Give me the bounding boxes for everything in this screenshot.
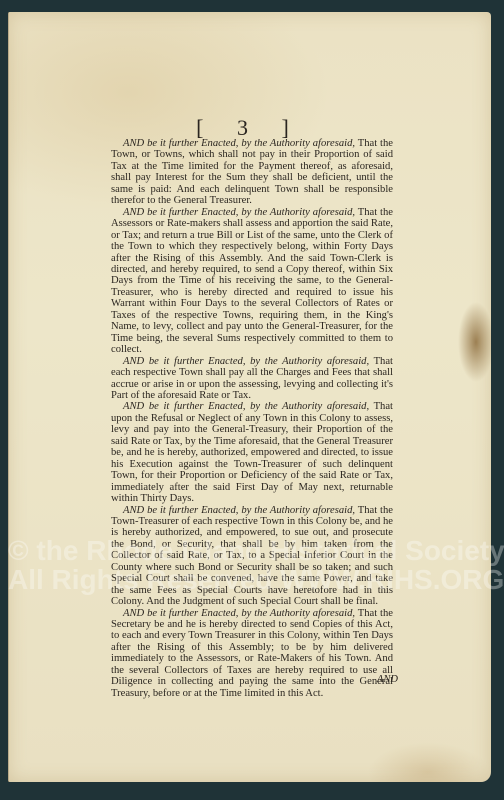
paragraph-lead: AND be it further Enacted, by the Author… — [123, 401, 369, 412]
paragraph-lead: AND be it further Enacted, by the Author… — [123, 505, 355, 516]
paragraph: AND be it further Enacted, by the Author… — [111, 207, 393, 356]
paragraph-lead: AND be it further Enacted, by the Author… — [123, 356, 369, 367]
catchword: AND — [377, 674, 398, 685]
body-text: AND be it further Enacted, by the Author… — [111, 138, 393, 699]
paragraph-lead: AND be it further Enacted, by the Author… — [123, 608, 355, 619]
paragraph-text: That the Secretary be and he is hereby d… — [111, 608, 393, 699]
paragraph: AND be it further Enacted, by the Author… — [111, 356, 393, 402]
paragraph-text: That the Town-Treasurer of each respecti… — [111, 505, 393, 608]
paragraph: AND be it further Enacted, by the Author… — [111, 608, 393, 700]
paragraph: AND be it further Enacted, by the Author… — [111, 401, 393, 504]
paragraph-lead: AND be it further Enacted, by the Author… — [123, 138, 355, 149]
paragraph: AND be it further Enacted, by the Author… — [111, 138, 393, 207]
document-page: [ 3 ] AND be it further Enacted, by the … — [8, 12, 491, 782]
paragraph-lead: AND be it further Enacted, by the Author… — [123, 207, 355, 218]
paragraph-text: That the Assessors or Rate-makers shall … — [111, 207, 393, 355]
paragraph: AND be it further Enacted, by the Author… — [111, 505, 393, 608]
paragraph-text: That upon the Refusal or Neglect of any … — [111, 401, 393, 504]
